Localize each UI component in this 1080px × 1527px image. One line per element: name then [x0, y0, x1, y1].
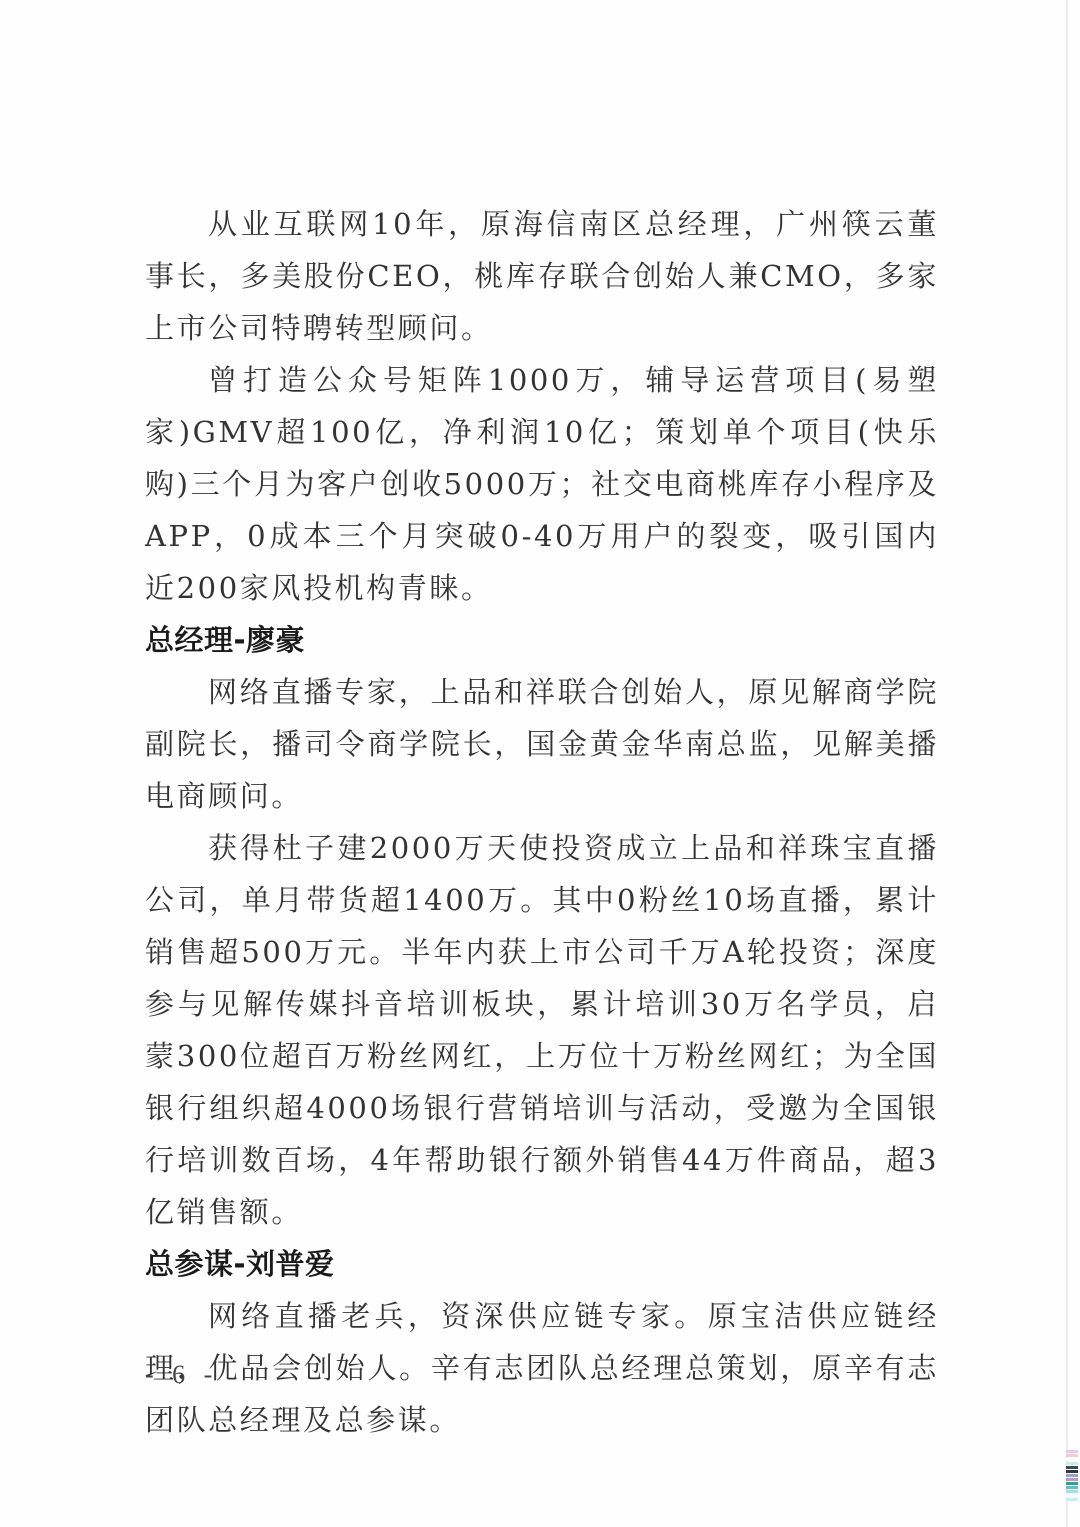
page-number: - 6 -	[145, 1360, 218, 1390]
scan-edge-line	[1066, 0, 1068, 1527]
section-heading-general-manager: 总经理-廖豪	[145, 614, 939, 666]
bio-paragraph-1: 从业互联网10年，原海信南区总经理，广州筷云董事长，多美股份CEO，桃库存联合创…	[145, 198, 939, 354]
section-heading-chief-strategist: 总参谋-刘普爱	[145, 1238, 939, 1290]
scan-color-calibration-strip	[1066, 1450, 1078, 1520]
gm-paragraph-2: 获得杜子建2000万天使投资成立上品和祥珠宝直播公司，单月带货超1400万。其中…	[145, 822, 939, 1238]
document-page: 从业互联网10年，原海信南区总经理，广州筷云董事长，多美股份CEO，桃库存联合创…	[0, 0, 1080, 1527]
document-body: 从业互联网10年，原海信南区总经理，广州筷云董事长，多美股份CEO，桃库存联合创…	[145, 198, 939, 1446]
bio-paragraph-2: 曾打造公众号矩阵1000万，辅导运营项目(易塑家)GMV超100亿，净利润10亿…	[145, 354, 939, 614]
gm-paragraph-1: 网络直播专家，上品和祥联合创始人，原见解商学院副院长，播司令商学院长，国金黄金华…	[145, 666, 939, 822]
strategist-paragraph: 网络直播老兵，资深供应链专家。原宝洁供应链经理，优品会创始人。辛有志团队总经理总…	[145, 1290, 939, 1446]
